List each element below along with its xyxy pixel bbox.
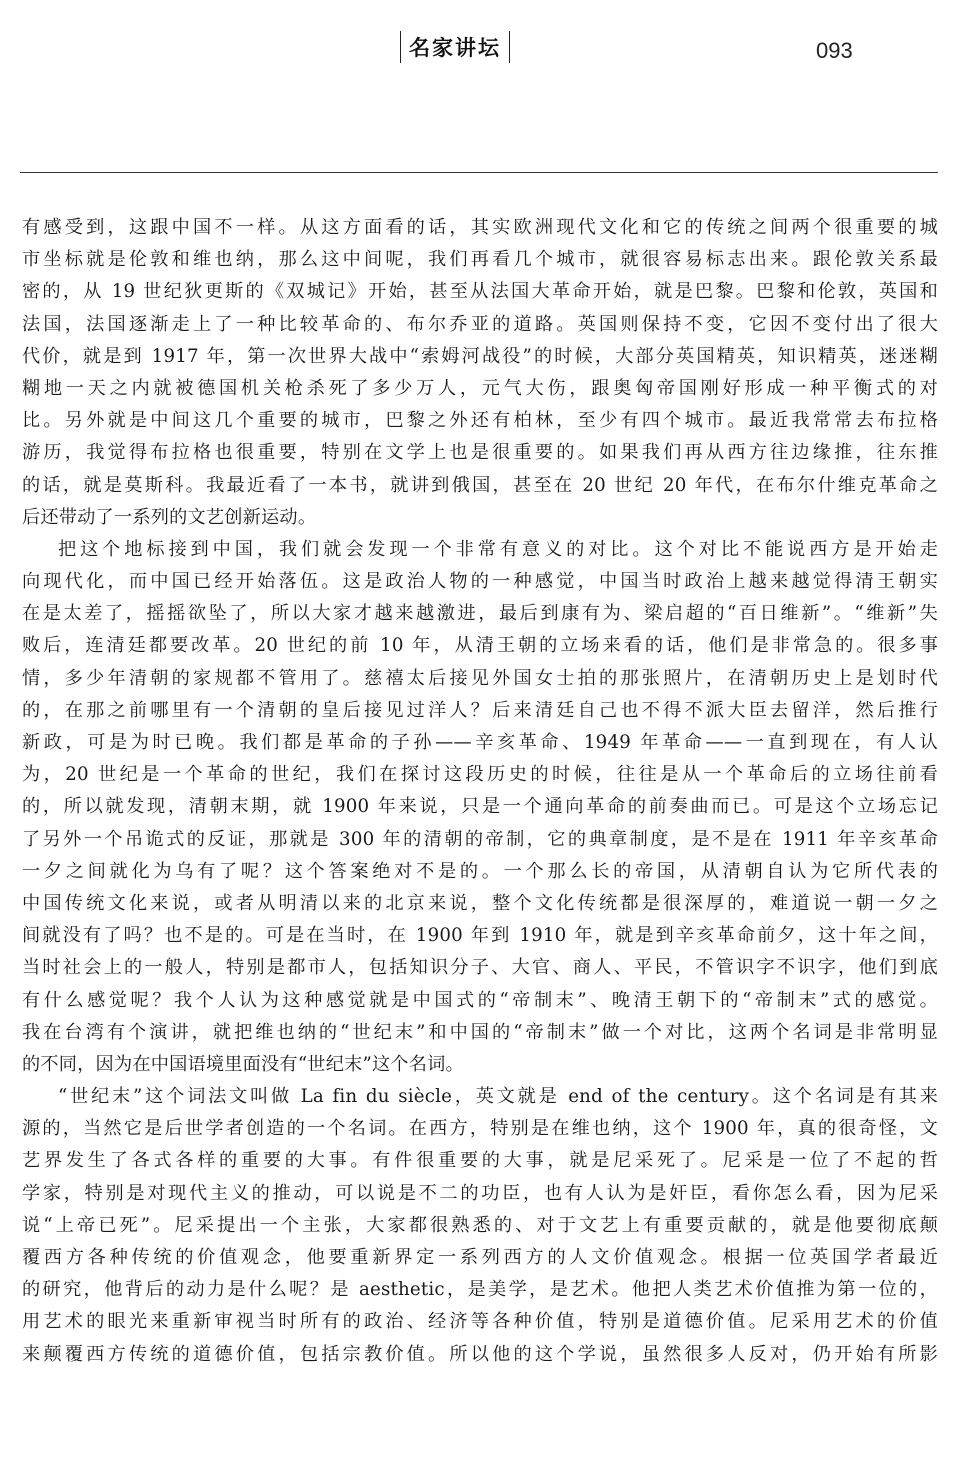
text-line: 有感受到，这跟中国不一样。从这方面看的话，其实欧洲现代文化和它的传统之间两个很重… xyxy=(22,212,938,244)
text-line: 市坐标就是伦敦和维也纳，那么这中间呢，我们再看几个城市，就很容易标志出来。跟伦敦… xyxy=(22,244,938,276)
section-title: 名家讲坛 xyxy=(401,32,509,62)
text-line: 情，多少年清朝的家规都不管用了。慈禧太后接见外国女士拍的那张照片，在清朝历史上是… xyxy=(22,663,938,695)
text-line: 用艺术的眼光来重新审视当时所有的政治、经济等各种价值，特别是道德价值。尼采用艺术… xyxy=(22,1306,938,1338)
text-line: 的研究，他背后的动力是什么呢？是 aesthetic，是美学，是艺术。他把人类艺… xyxy=(22,1274,938,1306)
running-header: 名家讲坛 xyxy=(400,30,510,64)
text-line: 一夕之间就化为乌有了呢？这个答案绝对不是的。一个那么长的帝国，从清朝自认为它所代… xyxy=(22,856,938,888)
text-line: 在是太差了，摇摇欲坠了，所以大家才越来越激进，最后到康有为、梁启超的“百日维新”… xyxy=(22,598,938,630)
text-line: 覆西方各种传统的价值观念，他要重新界定一系列西方的人文价值观念。根据一位英国学者… xyxy=(22,1242,938,1274)
header-divider-right xyxy=(509,31,510,63)
body-text: 有感受到，这跟中国不一样。从这方面看的话，其实欧洲现代文化和它的传统之间两个很重… xyxy=(22,212,938,1371)
text-line: 有什么感觉呢？我个人认为这种感觉就是中国式的“帝制末”、晚清王朝下的“帝制末”式… xyxy=(22,985,938,1017)
text-line: 法国，法国逐渐走上了一种比较革命的、布尔乔亚的道路。英国则保持不变，它因不变付出… xyxy=(22,309,938,341)
text-line: 艺界发生了各式各样的重要的大事。有件很重要的大事，就是尼采死了。尼采是一位了不起… xyxy=(22,1145,938,1177)
text-line: 的，所以就发现，清朝末期，就 1900 年来说，只是一个通向革命的前奏曲而已。可… xyxy=(22,791,938,823)
text-line: 败后，连清廷都要改革。20 世纪的前 10 年，从清王朝的立场来看的话，他们是非… xyxy=(22,630,938,662)
text-line: 说“上帝已死”。尼采提出一个主张，大家都很熟悉的、对于文艺上有重要贡献的，就是他… xyxy=(22,1210,938,1242)
text-line: 的不同，因为在中国语境里面没有“世纪末”这个名词。 xyxy=(22,1049,938,1081)
text-line: 当时社会上的一般人，特别是都市人，包括知识分子、大官、商人、平民，不管识字不识字… xyxy=(22,952,938,984)
header-rule xyxy=(20,172,938,173)
text-line: 的，在那之前哪里有一个清朝的皇后接见过洋人？后来清廷自己也不得不派大臣去留洋，然… xyxy=(22,695,938,727)
text-line: 中国传统文化来说，或者从明清以来的北京来说，整个文化传统都是很深厚的，难道说一朝… xyxy=(22,888,938,920)
text-line: 学家，特别是对现代主义的推动，可以说是不二的功臣，也有人认为是奸臣，看你怎么看，… xyxy=(22,1178,938,1210)
text-line: 游历，我觉得布拉格也很重要，特别在文学上也是很重要的。如果我们再从西方往边缘推，… xyxy=(22,437,938,469)
text-line: 把这个地标接到中国，我们就会发现一个非常有意义的对比。这个对比不能说西方是开始走 xyxy=(22,534,938,566)
text-line: 了另外一个吊诡式的反证，那就是 300 年的清朝的帝制，它的典章制度，是不是在 … xyxy=(22,824,938,856)
text-line: 新政，可是为时已晚。我们都是革命的子孙——辛亥革命、1949 年革命——一直到现… xyxy=(22,727,938,759)
text-line: 糊地一天之内就被德国机关枪杀死了多少万人，元气大伤，跟奥匈帝国刚好形成一种平衡式… xyxy=(22,373,938,405)
text-line: “世纪末”这个词法文叫做 La fin du siècle，英文就是 end o… xyxy=(22,1081,938,1113)
text-line: 比。另外就是中间这几个重要的城市，巴黎之外还有柏林，至少有四个城市。最近我常常去… xyxy=(22,405,938,437)
text-line: 的话，就是莫斯科。我最近看了一本书，就讲到俄国，甚至在 20 世纪 20 年代，… xyxy=(22,470,938,502)
text-line: 向现代化，而中国已经开始落伍。这是政治人物的一种感觉，中国当时政治上越来越觉得清… xyxy=(22,566,938,598)
text-line: 源的，当然它是后世学者创造的一个名词。在西方，特别是在维也纳，这个 1900 年… xyxy=(22,1113,938,1145)
text-line: 来颠覆西方传统的道德价值，包括宗教价值。所以他的这个学说，虽然很多人反对，仍开始… xyxy=(22,1339,938,1371)
text-line: 我在台湾有个演讲，就把维也纳的“世纪末”和中国的“帝制末”做一个对比，这两个名词… xyxy=(22,1017,938,1049)
text-line: 间就没有了吗？也不是的。可是在当时，在 1900 年到 1910 年，就是到辛亥… xyxy=(22,920,938,952)
text-line: 后还带动了一系列的文艺创新运动。 xyxy=(22,502,938,534)
page-number: 093 xyxy=(816,38,853,64)
text-line: 代价，就是到 1917 年，第一次世界大战中“索姆河战役”的时候，大部分英国精英… xyxy=(22,341,938,373)
text-line: 密的，从 19 世纪狄更斯的《双城记》开始，甚至从法国大革命开始，就是巴黎。巴黎… xyxy=(22,276,938,308)
text-line: 为，20 世纪是一个革命的世纪，我们在探讨这段历史的时候，往往是从一个革命后的立… xyxy=(22,759,938,791)
